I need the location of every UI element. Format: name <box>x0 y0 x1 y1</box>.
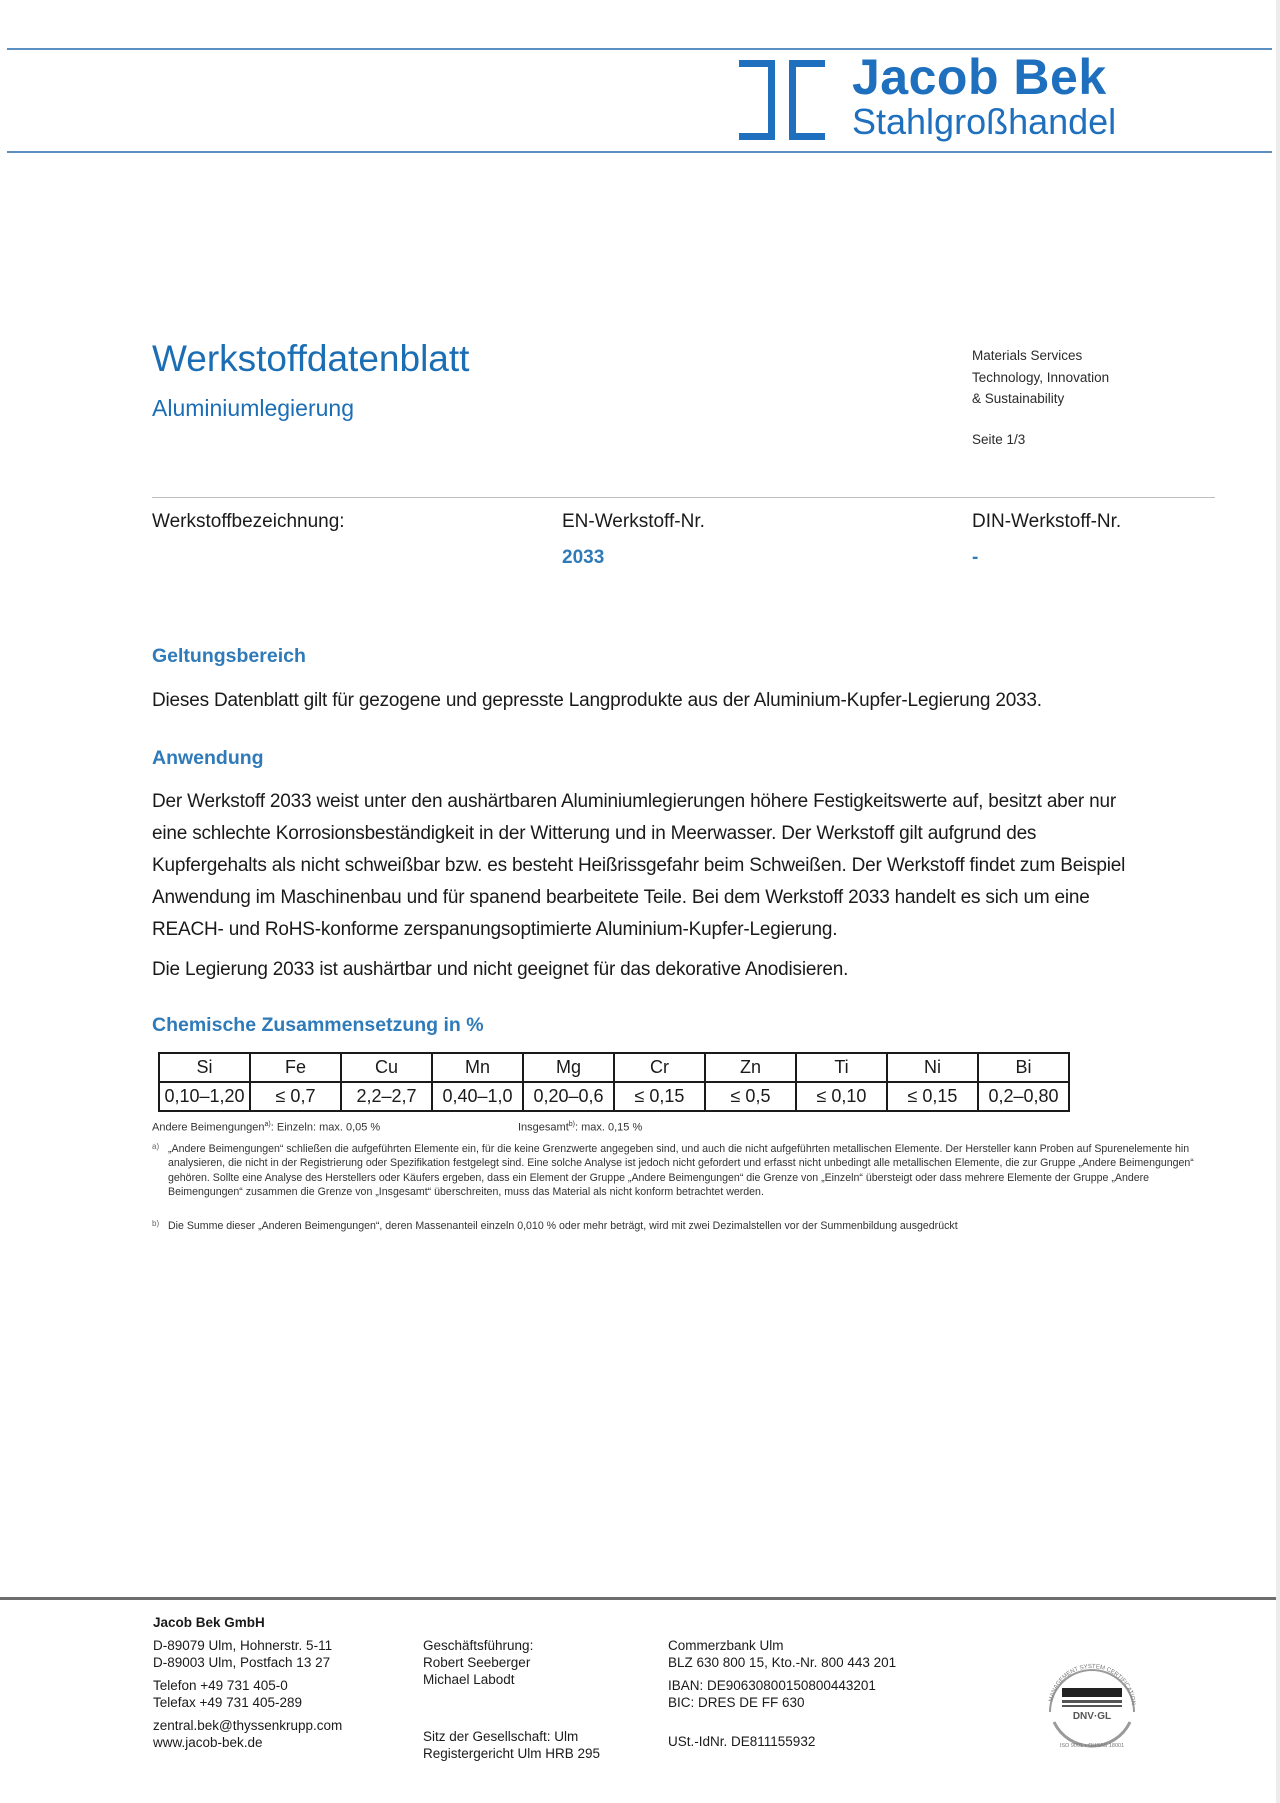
email-link[interactable]: zentral.bek@thyssenkrupp.com <box>153 1717 342 1734</box>
designation-label: Werkstoffbezeichnung: <box>152 511 345 533</box>
brand-name: Jacob Bek <box>852 52 1107 102</box>
scope-heading: Geltungsbereich <box>152 645 306 668</box>
element-header: Cu <box>341 1053 432 1082</box>
address-line: D-89079 Ulm, Hohnerstr. 5-11 <box>153 1637 342 1654</box>
en-number-label: EN-Werkstoff-Nr. <box>562 511 705 533</box>
page-number: Seite 1/3 <box>972 432 1025 447</box>
phone: Telefon +49 731 405-0 <box>153 1677 342 1694</box>
element-value: ≤ 0,5 <box>705 1082 796 1111</box>
page-title: Werkstoffdatenblatt <box>152 340 469 377</box>
application-note: Die Legierung 2033 ist aushärtbar und ni… <box>152 954 1172 986</box>
brand-subtitle: Stahlgroßhandel <box>852 104 1116 140</box>
din-number-value: - <box>972 547 978 569</box>
cert-standards: ISO 9001 • OHSAS 18001 <box>1060 1743 1124 1749</box>
element-header: Mg <box>523 1053 614 1082</box>
header-rule-bottom <box>7 151 1272 153</box>
footer-company: Jacob Bek GmbH D-89079 Ulm, Hohnerstr. 5… <box>153 1614 342 1751</box>
footer-management: Geschäftsführung: Robert Seeberger Micha… <box>423 1637 600 1762</box>
element-value: 0,2–0,80 <box>978 1082 1069 1111</box>
composition-table: SiFeCuMnMgCrZnTiNiBi 0,10–1,20≤ 0,72,2–2… <box>158 1052 1070 1112</box>
page-subtitle: Aluminiumlegierung <box>152 397 354 420</box>
element-value: 0,20–0,6 <box>523 1082 614 1111</box>
department-line: & Sustainability <box>972 388 1109 410</box>
application-line: eine schlechte Korrosionsbeständigkeit i… <box>152 818 1172 850</box>
manager-name: Robert Seeberger <box>423 1654 600 1671</box>
company-seat: Sitz der Gesellschaft: Ulm <box>423 1728 600 1745</box>
manager-name: Michael Labodt <box>423 1671 600 1688</box>
en-number-value: 2033 <box>562 547 604 569</box>
element-header: Zn <box>705 1053 796 1082</box>
footer-bank: Commerzbank Ulm BLZ 630 800 15, Kto.-Nr.… <box>668 1637 896 1750</box>
footnote-mark: a) <box>152 1140 159 1154</box>
footnote-text: Die Summe dieser „Anderen Beimengungen“,… <box>168 1219 1198 1233</box>
cert-name: DNV·GL <box>1073 1711 1111 1722</box>
divider <box>152 497 1215 498</box>
footnote-a: a) „Andere Beimengungen“ schließen die a… <box>152 1142 1198 1199</box>
department-line: Materials Services <box>972 345 1109 367</box>
jacob-bek-logo-icon <box>739 60 825 140</box>
bank-name: Commerzbank Ulm <box>668 1637 896 1654</box>
vat-id: USt.-IdNr. DE811155932 <box>668 1733 896 1750</box>
page-edge <box>1276 0 1280 1803</box>
bic: BIC: DRES DE FF 630 <box>668 1694 896 1711</box>
application-text: Der Werkstoff 2033 weist unter den aushä… <box>152 786 1172 946</box>
application-line: Der Werkstoff 2033 weist unter den aushä… <box>152 786 1172 818</box>
company-name: Jacob Bek GmbH <box>153 1614 342 1631</box>
element-header: Bi <box>978 1053 1069 1082</box>
element-header: Cr <box>614 1053 705 1082</box>
application-line: REACH- und RoHS-konforme zerspanungsopti… <box>152 914 1172 946</box>
application-heading: Anwendung <box>152 747 264 770</box>
footnote-mark: b) <box>152 1217 159 1231</box>
element-header: Ti <box>796 1053 887 1082</box>
scope-text: Dieses Datenblatt gilt für gezogene und … <box>152 685 1172 717</box>
element-value: ≤ 0,15 <box>614 1082 705 1111</box>
website-link[interactable]: www.jacob-bek.de <box>153 1734 342 1751</box>
other-single-label: Andere Beimengungen <box>152 1122 265 1134</box>
bank-account: BLZ 630 800 15, Kto.-Nr. 800 443 201 <box>668 1654 896 1671</box>
footnote-b: b) Die Summe dieser „Anderen Beimengunge… <box>152 1219 1198 1233</box>
department-line: Technology, Innovation <box>972 367 1109 389</box>
footer-rule <box>0 1597 1276 1600</box>
element-header: Fe <box>250 1053 341 1082</box>
management-label: Geschäftsführung: <box>423 1637 600 1654</box>
application-line: Kupfergehalts als nicht schweißbar bzw. … <box>152 850 1172 882</box>
element-value: ≤ 0,7 <box>250 1082 341 1111</box>
din-number-label: DIN-Werkstoff-Nr. <box>972 511 1121 533</box>
department-info: Materials Services Technology, Innovatio… <box>972 345 1109 410</box>
other-single-value: : Einzeln: max. 0,05 % <box>271 1122 380 1134</box>
element-header: Ni <box>887 1053 978 1082</box>
other-single-note: Andere Beimengungena): Einzeln: max. 0,0… <box>152 1121 380 1134</box>
iban: IBAN: DE90630800150800443201 <box>668 1677 896 1694</box>
fax: Telefax +49 731 405-289 <box>153 1694 342 1711</box>
element-value: 2,2–2,7 <box>341 1082 432 1111</box>
address-line: D-89003 Ulm, Postfach 13 27 <box>153 1654 342 1671</box>
dnv-gl-certification-icon: MANAGEMENT SYSTEM CERTIFICATION DNV·GL I… <box>1038 1650 1146 1750</box>
application-line: Anwendung im Maschinenbau und für spanen… <box>152 882 1172 914</box>
element-value: ≤ 0,15 <box>887 1082 978 1111</box>
element-value: 0,40–1,0 <box>432 1082 523 1111</box>
footnote-text: „Andere Beimengungen“ schließen die aufg… <box>168 1142 1198 1199</box>
element-header: Mn <box>432 1053 523 1082</box>
composition-heading: Chemische Zusammensetzung in % <box>152 1014 484 1037</box>
composition-header-row: SiFeCuMnMgCrZnTiNiBi <box>159 1053 1069 1082</box>
composition-value-row: 0,10–1,20≤ 0,72,2–2,70,40–1,00,20–0,6≤ 0… <box>159 1082 1069 1111</box>
element-value: ≤ 0,10 <box>796 1082 887 1111</box>
element-value: 0,10–1,20 <box>159 1082 250 1111</box>
other-total-value: : max. 0,15 % <box>575 1122 642 1134</box>
other-total-label: Insgesamt <box>518 1122 569 1134</box>
register-court: Registergericht Ulm HRB 295 <box>423 1745 600 1762</box>
element-header: Si <box>159 1053 250 1082</box>
other-total-note: Insgesamtb): max. 0,15 % <box>518 1121 642 1134</box>
